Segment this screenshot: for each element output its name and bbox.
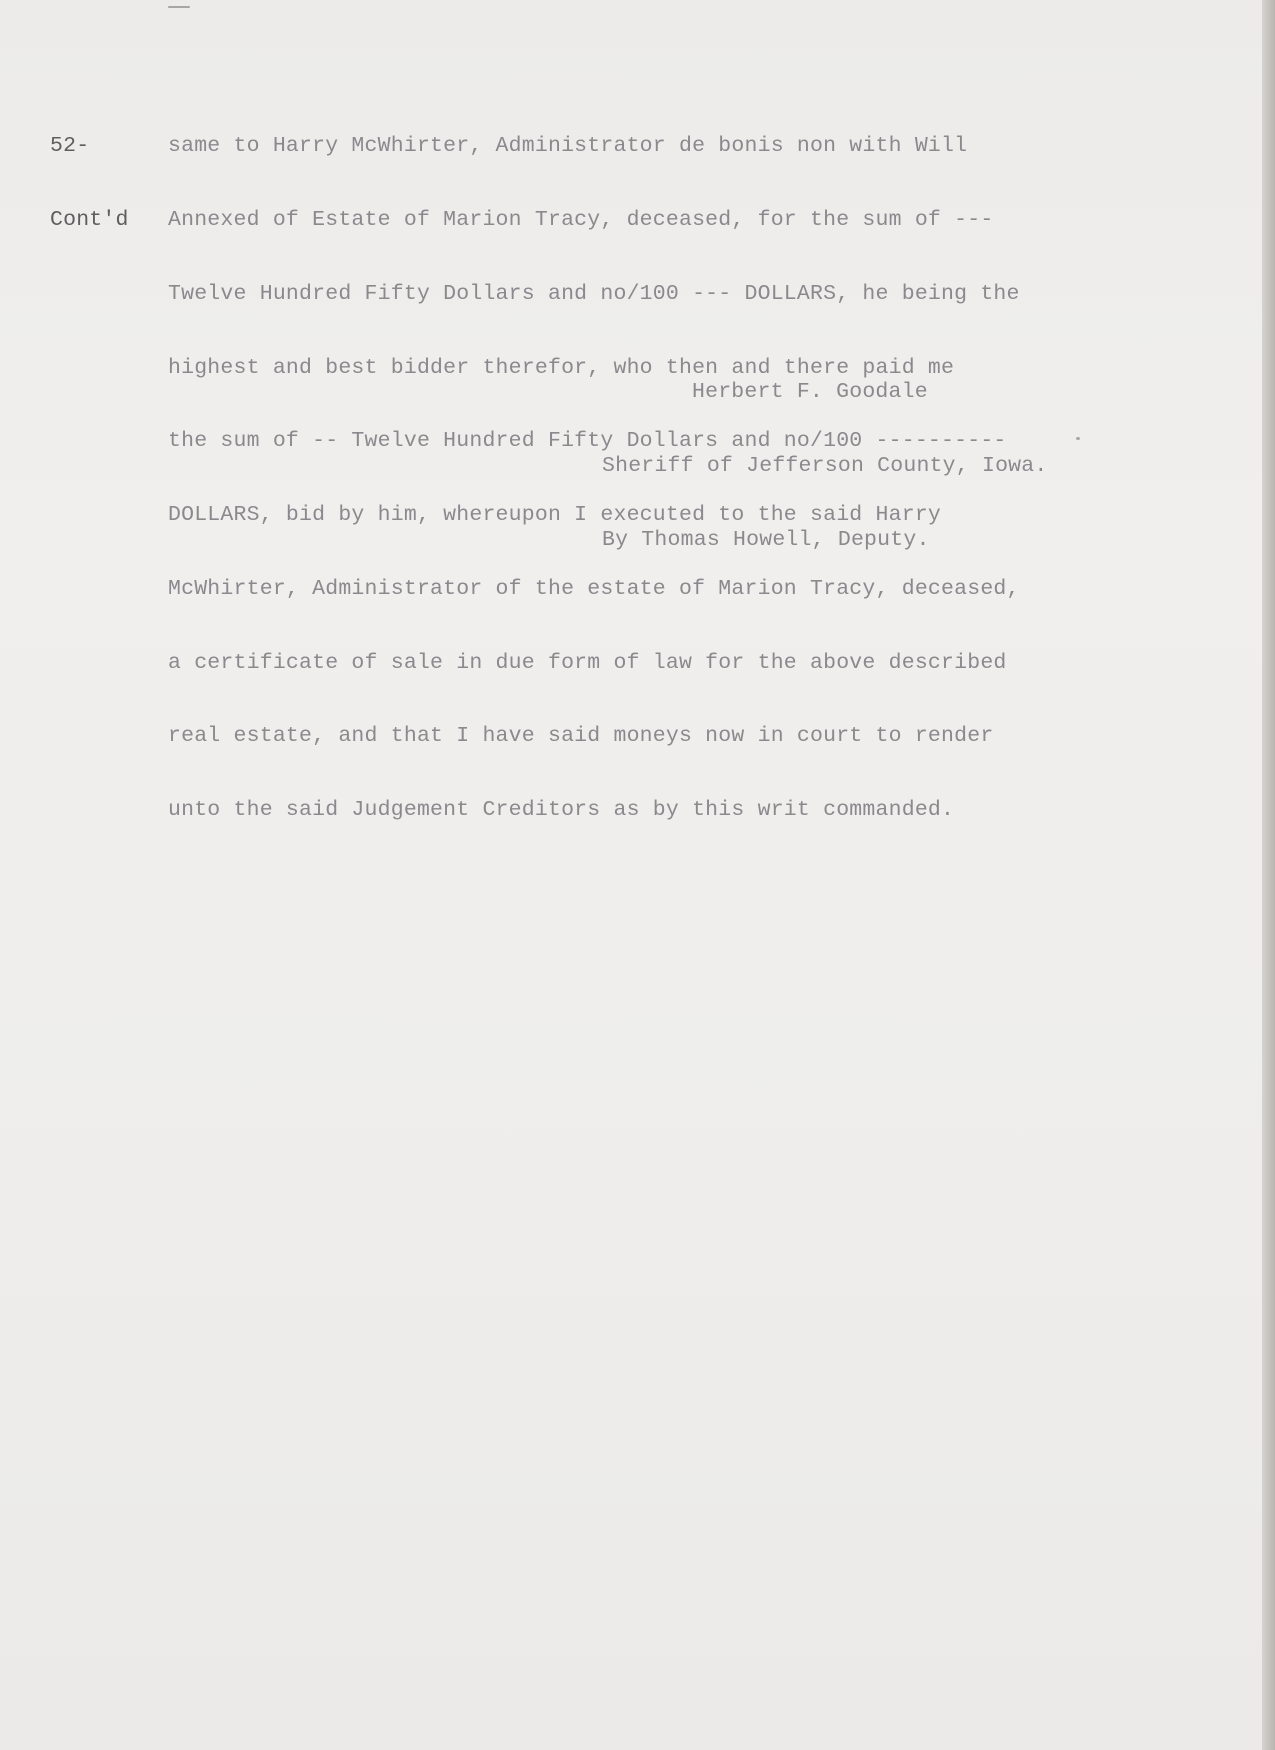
paper-speck — [168, 6, 190, 8]
signature-block: Herbert F. Goodale Sheriff of Jefferson … — [602, 331, 1047, 602]
body-line: Twelve Hundred Fifty Dollars and no/100 … — [168, 282, 1020, 307]
entry-number: 52- — [50, 134, 129, 159]
body-line: unto the said Judgement Creditors as by … — [168, 798, 1020, 823]
continued-label: Cont'd — [50, 208, 129, 233]
sheriff-name: Herbert F. Goodale — [602, 380, 1047, 405]
body-line: Annexed of Estate of Marion Tracy, decea… — [168, 208, 1020, 233]
body-line: same to Harry McWhirter, Administrator d… — [168, 134, 1020, 159]
page-edge — [1262, 0, 1275, 1750]
body-line: a certificate of sale in due form of law… — [168, 651, 1020, 676]
paper-speck — [1076, 437, 1080, 440]
body-line: real estate, and that I have said moneys… — [168, 724, 1020, 749]
document-page: 52- Cont'd same to Harry McWhirter, Admi… — [0, 0, 1262, 1750]
margin-note: 52- Cont'd — [50, 85, 129, 282]
sheriff-title: Sheriff of Jefferson County, Iowa. — [602, 454, 1047, 479]
deputy-line: By Thomas Howell, Deputy. — [602, 528, 1047, 553]
